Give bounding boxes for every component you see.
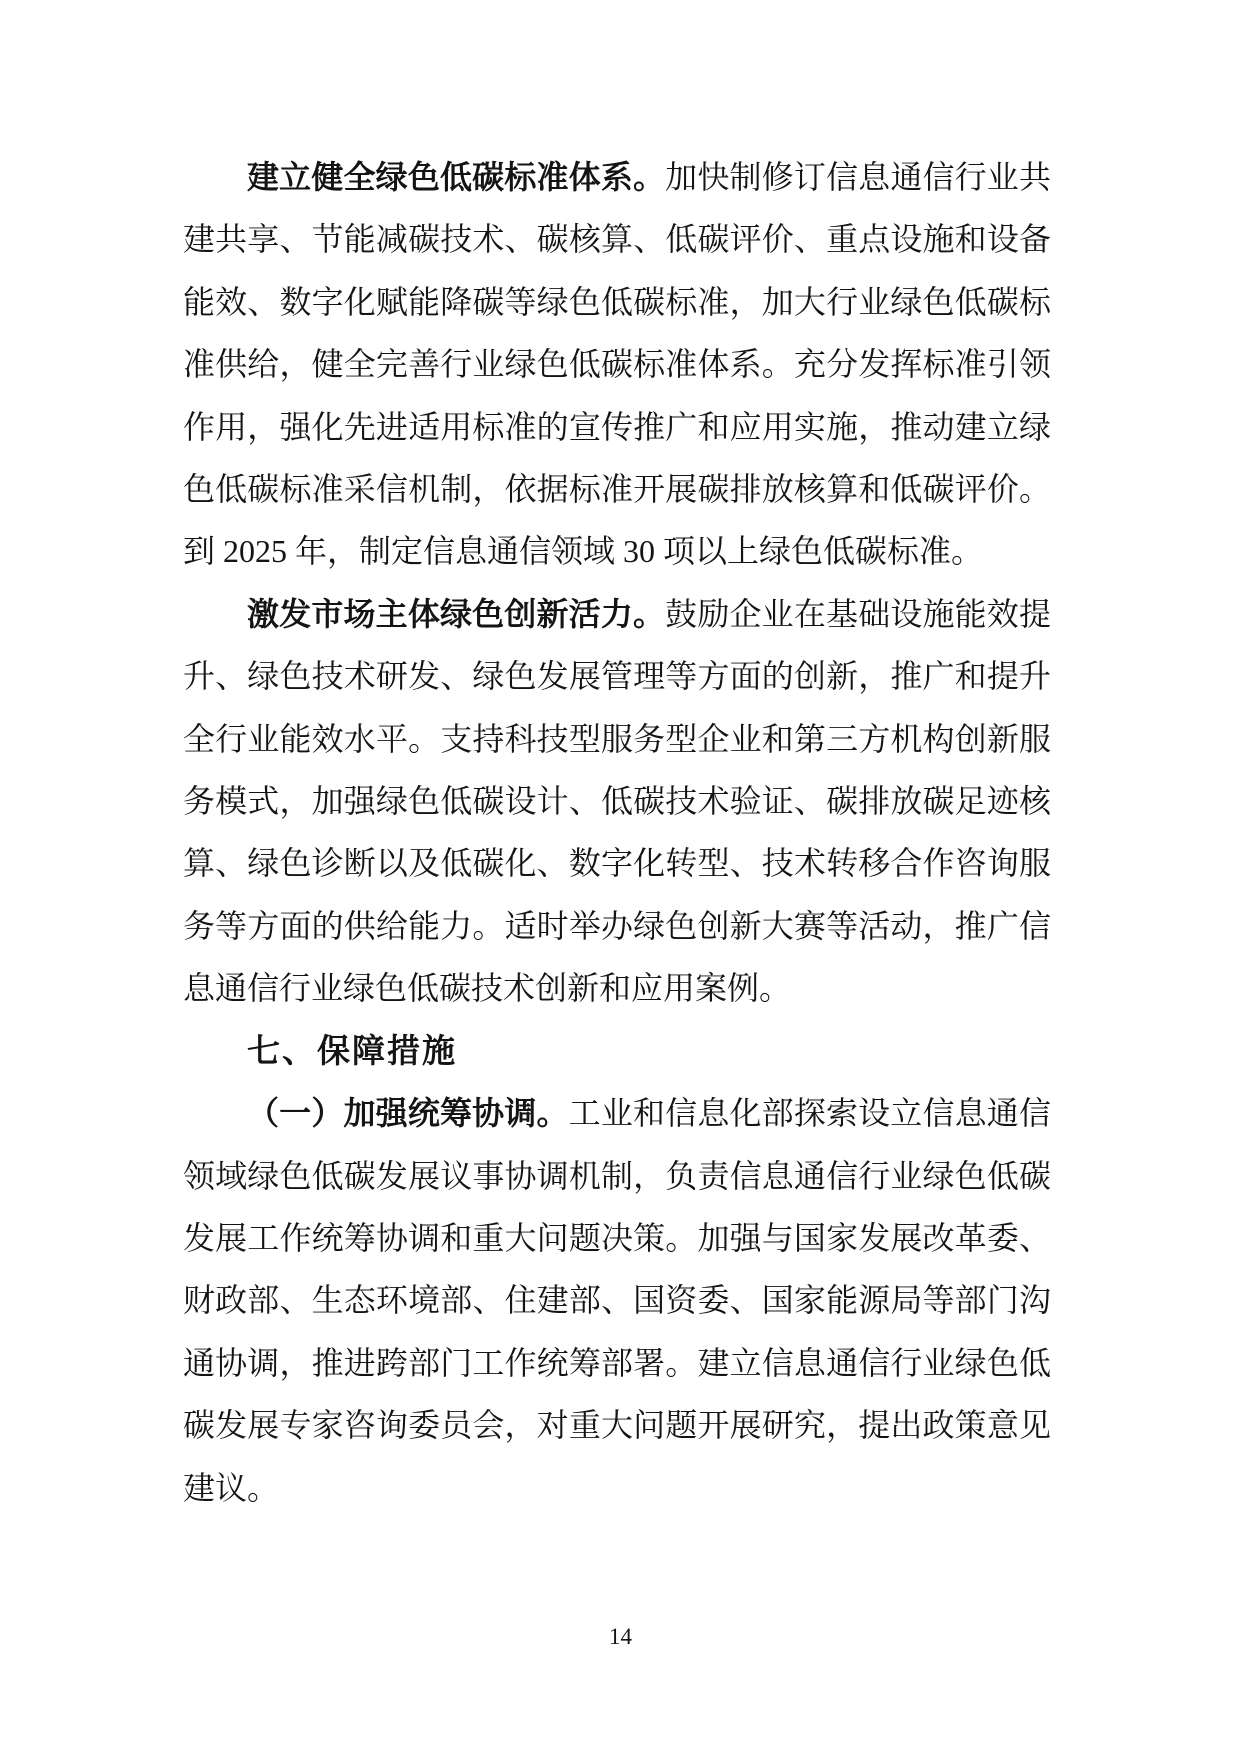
paragraph-text: 工业和信息化部探索设立信息通信领域绿色低碳发展议事协调机制，负责信息通信行业绿色… xyxy=(183,1095,1051,1505)
paragraph-lead: （一）加强统筹协调。 xyxy=(247,1095,569,1131)
paragraph-text: 鼓励企业在基础设施能效提升、绿色技术研发、绿色发展管理等方面的创新，推广和提升全… xyxy=(183,596,1051,1006)
document-body: 建立健全绿色低碳标准体系。加快制修订信息通信行业共建共享、节能减碳技术、碳核算、… xyxy=(183,146,1051,1519)
section-heading-text: 七、保障措施 xyxy=(247,1032,457,1069)
section-heading: 七、保障措施 xyxy=(183,1020,1051,1082)
page-number: 14 xyxy=(0,1624,1241,1650)
paragraph-text: 加快制修订信息通信行业共建共享、节能减碳技术、碳核算、低碳评价、重点设施和设备能… xyxy=(183,159,1051,569)
document-page: 建立健全绿色低碳标准体系。加快制修订信息通信行业共建共享、节能减碳技术、碳核算、… xyxy=(0,0,1241,1754)
paragraph-lead: 建立健全绿色低碳标准体系。 xyxy=(247,159,665,195)
paragraph: 建立健全绿色低碳标准体系。加快制修订信息通信行业共建共享、节能减碳技术、碳核算、… xyxy=(183,146,1051,583)
paragraph: 激发市场主体绿色创新活力。鼓励企业在基础设施能效提升、绿色技术研发、绿色发展管理… xyxy=(183,583,1051,1020)
paragraph: （一）加强统筹协调。工业和信息化部探索设立信息通信领域绿色低碳发展议事协调机制，… xyxy=(183,1082,1051,1519)
paragraph-lead: 激发市场主体绿色创新活力。 xyxy=(247,596,665,632)
